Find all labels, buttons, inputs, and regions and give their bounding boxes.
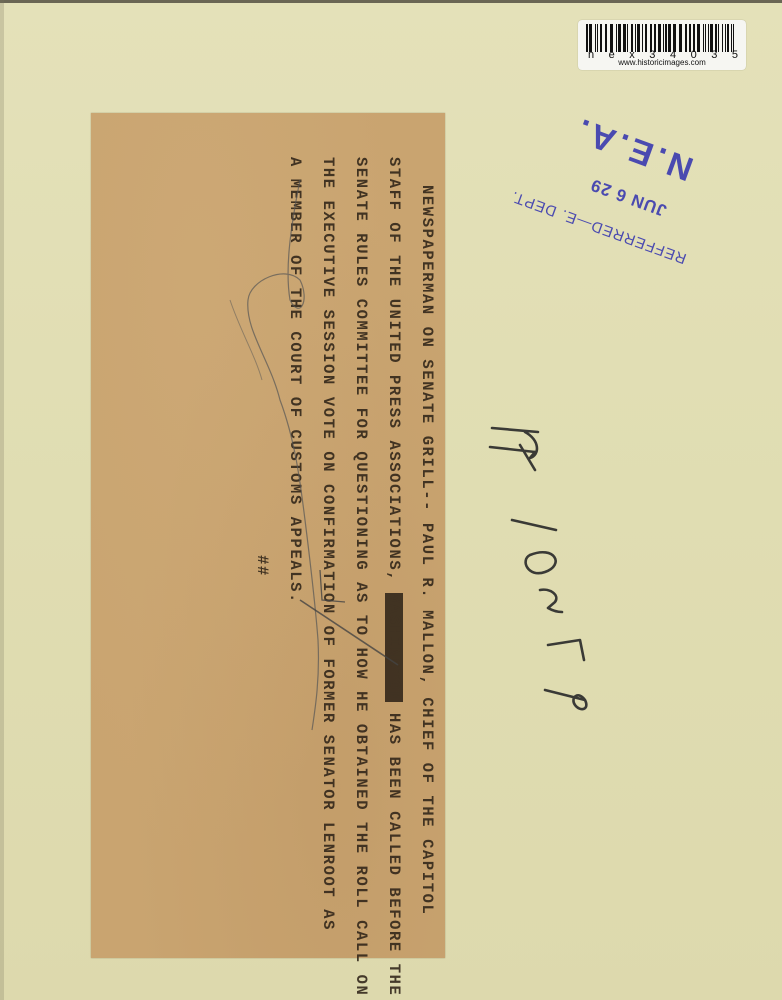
handwritten-number: P 10279 xyxy=(0,0,782,1000)
